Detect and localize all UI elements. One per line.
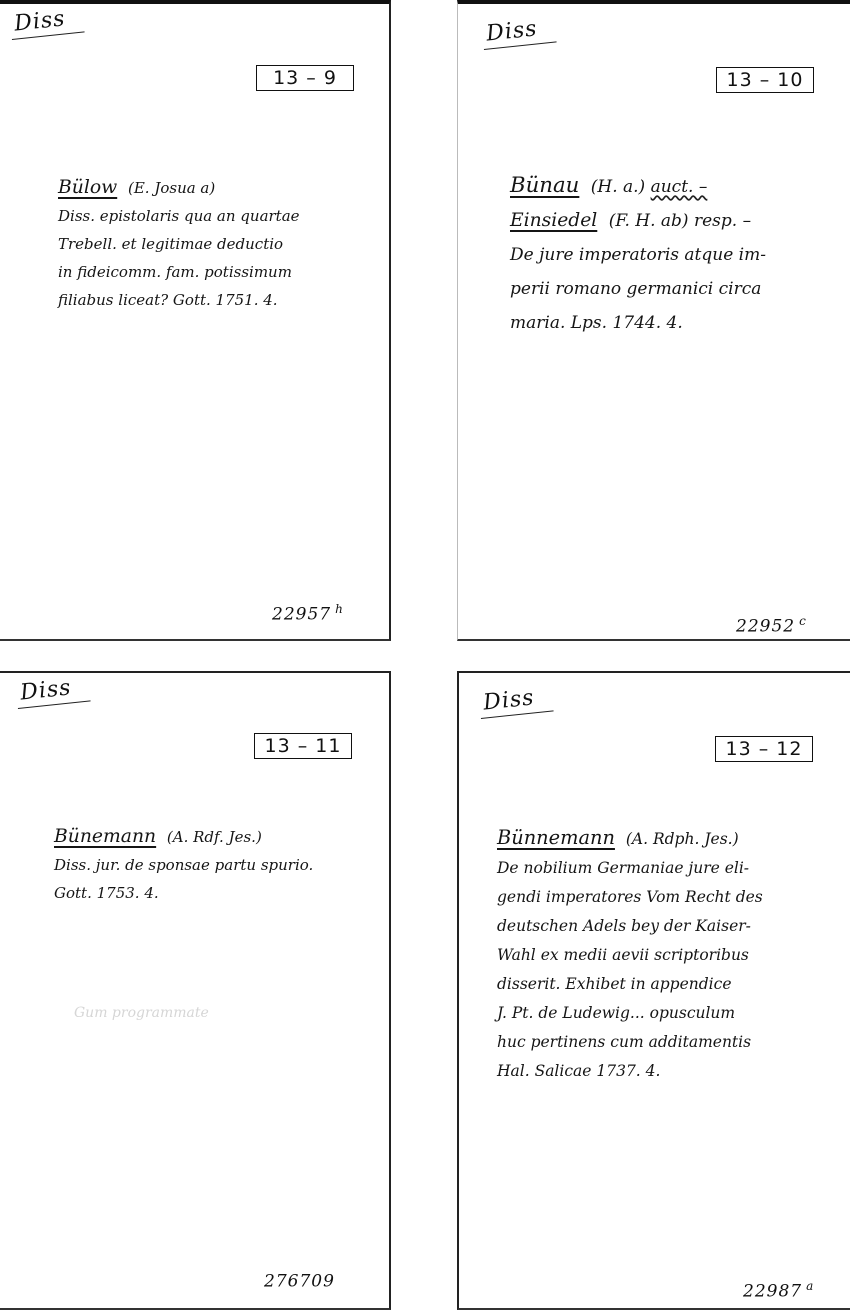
- catalog-entry: Bülow (E. Josua a) Diss. epistolaris qua…: [58, 174, 300, 314]
- entry-line: disserit. Exhibet in appendice: [497, 970, 763, 999]
- author-name: Bünau: [510, 173, 579, 198]
- entry-heading: Bülow (E. Josua a): [58, 174, 300, 202]
- accession-number: 22987a: [743, 1279, 814, 1302]
- entry-heading: Bünnemann (A. Rdph. Jes.): [497, 823, 763, 854]
- entry-line: perii romano germanici circa: [510, 272, 766, 306]
- author-initials: (A. Rdph. Jes.): [626, 830, 739, 848]
- accession-value: 22987: [743, 1282, 802, 1302]
- entry-line: in fideicomm. fam. potissimum: [58, 258, 300, 286]
- accession-value: 276709: [264, 1272, 335, 1292]
- catalog-card-13-11: Diss 13 – 11 Bünemann (A. Rdf. Jes.) Dis…: [0, 671, 391, 1310]
- call-number-box: 13 – 9: [256, 65, 354, 91]
- entry-line: deutschen Adels bey der Kaiser-: [497, 912, 763, 941]
- entry-line: De nobilium Germaniae jure eli-: [497, 854, 763, 883]
- catalog-entry: Bünau (H. a.) auct. – Einsiedel (F. H. a…: [510, 169, 766, 340]
- entry-line: Hal. Salicae 1737. 4.: [497, 1057, 763, 1086]
- entry-line: J. Pt. de Ludewig... opusculum: [497, 999, 763, 1028]
- entry-line: Diss. epistolaris qua an quartae: [58, 202, 300, 230]
- entry-line: huc pertinens cum additamentis: [497, 1028, 763, 1057]
- entry-line: gendi imperatores Vom Recht des: [497, 883, 763, 912]
- entry-line: Trebell. et legitimae deductio: [58, 230, 300, 258]
- entry-heading: Bünau (H. a.) auct. –: [510, 169, 766, 204]
- diss-mark: Diss: [478, 683, 554, 719]
- accession-suffix: h: [335, 602, 344, 616]
- co-author-heading: Einsiedel (F. H. ab) resp. –: [510, 204, 766, 238]
- co-author-initials: (F. H. ab): [609, 211, 689, 231]
- entry-line: filiabus liceat? Gott. 1751. 4.: [58, 286, 300, 314]
- accession-number: 276709: [264, 1269, 339, 1292]
- accession-number: 22952c: [736, 614, 807, 637]
- author-name: Bünnemann: [497, 826, 615, 849]
- diss-mark: Diss: [481, 14, 557, 50]
- entry-line: Gott. 1753. 4.: [54, 879, 313, 907]
- catalog-card-13-9: Diss 13 – 9 Bülow (E. Josua a) Diss. epi…: [0, 0, 391, 641]
- author-role: auct. –: [651, 177, 708, 197]
- entry-line: Diss. jur. de sponsae partu spurio.: [54, 851, 313, 879]
- accession-suffix: c: [799, 614, 807, 628]
- co-author-name: Einsiedel: [510, 210, 597, 231]
- author-initials: (E. Josua a): [128, 179, 215, 197]
- call-number-box: 13 – 11: [254, 733, 352, 759]
- catalog-card-13-12: Diss 13 – 12 Bünnemann (A. Rdph. Jes.) D…: [457, 671, 850, 1310]
- entry-line: maria. Lps. 1744. 4.: [510, 306, 766, 340]
- catalog-card-13-10: Diss 13 – 10 Bünau (H. a.) auct. – Einsi…: [457, 0, 850, 641]
- accession-suffix: a: [806, 1279, 814, 1293]
- entry-line: Wahl ex medii aevii scriptoribus: [497, 941, 763, 970]
- catalog-entry: Bünnemann (A. Rdph. Jes.) De nobilium Ge…: [497, 823, 763, 1086]
- author-name: Bünemann: [54, 826, 156, 847]
- author-name: Bülow: [58, 177, 117, 198]
- faint-pencil-note: Gum programmate: [74, 1005, 209, 1021]
- call-number-box: 13 – 12: [715, 736, 813, 762]
- call-number-box: 13 – 10: [716, 67, 814, 93]
- catalog-entry: Bünemann (A. Rdf. Jes.) Diss. jur. de sp…: [54, 823, 313, 907]
- accession-value: 22957: [272, 605, 331, 625]
- author-initials: (H. a.): [591, 177, 645, 197]
- co-author-role: resp. –: [694, 211, 751, 231]
- diss-mark: Diss: [9, 4, 85, 40]
- entry-heading: Bünemann (A. Rdf. Jes.): [54, 823, 313, 851]
- entry-line: De jure imperatoris atque im-: [510, 238, 766, 272]
- author-initials: (A. Rdf. Jes.): [167, 828, 262, 846]
- diss-mark: Diss: [15, 673, 91, 709]
- accession-number: 22957h: [272, 602, 344, 625]
- accession-value: 22952: [736, 617, 795, 637]
